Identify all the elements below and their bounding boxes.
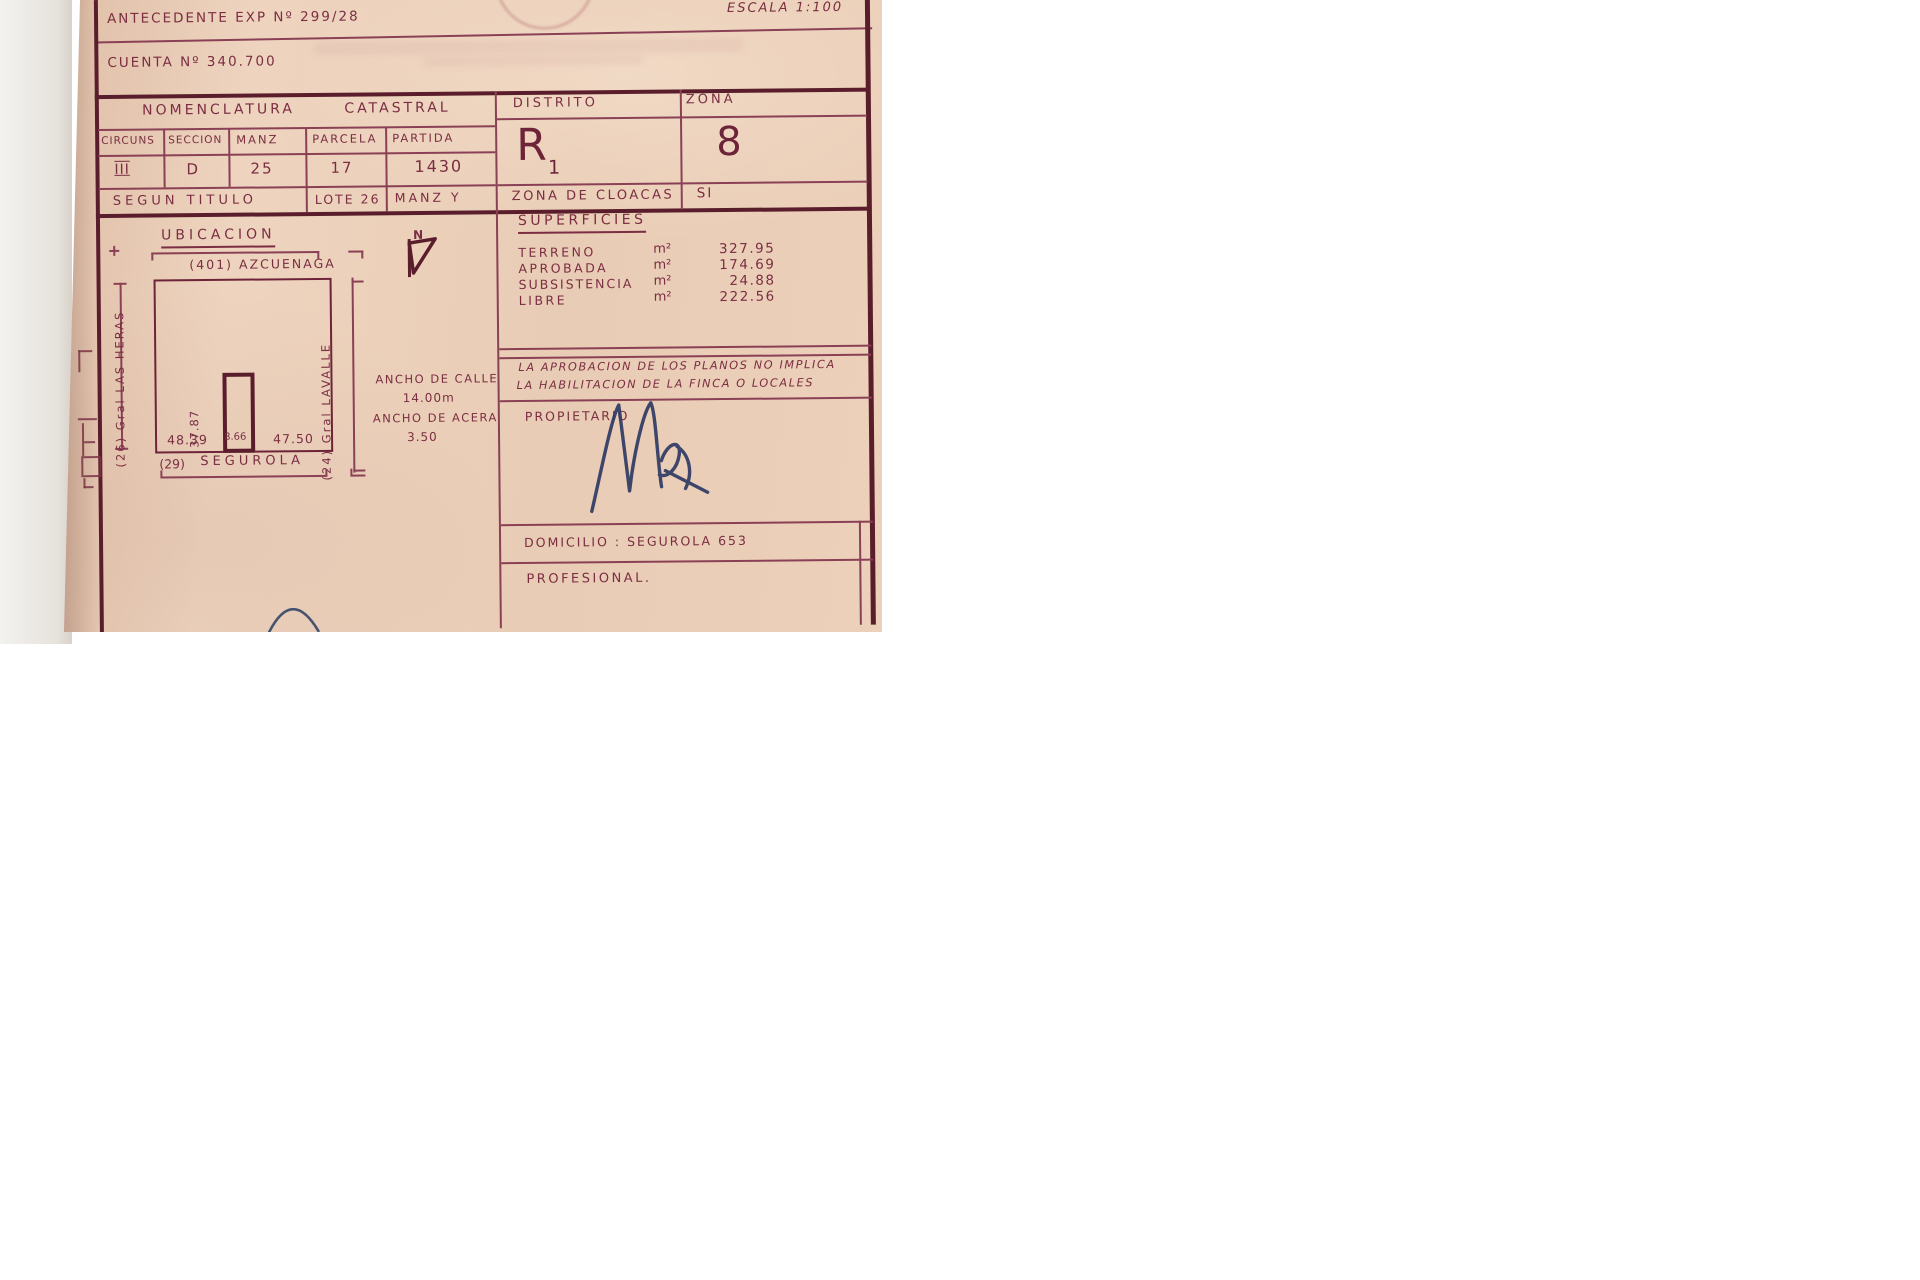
ancho-acera-label: ANCHO DE ACERA — [373, 411, 498, 425]
table-divider — [228, 129, 230, 187]
dim-bracket-top — [151, 251, 319, 254]
dim-tick — [325, 469, 327, 476]
superficies-row-value: 174.69 — [685, 258, 775, 274]
form-midtop-border — [96, 207, 871, 218]
form-content: ESCALA 1:100 ANTECEDENTE EXP Nº 299/28 C… — [64, 0, 882, 632]
cloacas-label: ZONA DE CLOACAS — [512, 189, 675, 205]
domicilio-rule-top — [501, 521, 873, 526]
col-header-parcela: PARCELA — [312, 132, 377, 145]
distrito-value: R1 — [516, 122, 561, 179]
distrito-rule — [497, 115, 867, 120]
manz-value: MANZ Y — [395, 191, 462, 205]
street-right-label: (24) Gral LAVALLE — [319, 315, 333, 480]
north-arrow-icon — [395, 237, 441, 281]
table-divider — [163, 129, 165, 187]
dim-tick — [114, 283, 127, 285]
domicilio-value: DOMICILIO : SEGUROLA 653 — [524, 534, 748, 550]
domicilio-rule-bottom — [501, 559, 873, 564]
superficies-title: SUPERFICIES — [518, 213, 647, 235]
ink-smudge — [423, 55, 643, 67]
street-bottom-number: (29) — [159, 457, 185, 471]
zona-value: 8 — [716, 120, 743, 164]
col-header-partida: PARTIDA — [392, 132, 454, 145]
street-bottom-label: SEGUROLA — [200, 454, 304, 469]
superficies-row-label: TERRENO — [518, 245, 596, 259]
value-manz: 25 — [250, 160, 273, 177]
superficies-row-label: LIBRE — [519, 294, 567, 308]
escala-label: ESCALA 1:100 — [727, 1, 843, 16]
street-right-line — [352, 278, 355, 473]
superficies-row-unit: m² — [654, 291, 672, 305]
value-parcela: 17 — [330, 160, 353, 177]
street-left-label: (26) Gral LAS HERAS — [113, 297, 127, 467]
dim-tick — [350, 469, 352, 476]
owner-signature — [577, 389, 788, 516]
dim-tick-small — [113, 246, 115, 256]
dim-tick — [361, 251, 363, 259]
dim-tick — [352, 281, 364, 283]
superficies-row-value: 24.88 — [686, 274, 776, 290]
value-circuns: III — [114, 163, 130, 179]
distrito-zona-divider — [680, 89, 683, 209]
col-header-circuns: CIRCUNS — [101, 136, 155, 148]
round-stamp — [494, 0, 595, 30]
dim-bracket-bottom-right — [350, 475, 365, 477]
ancho-calle-value: 14.00m — [403, 392, 455, 406]
frontage-left: 48.39 — [167, 433, 208, 447]
superficies-row-value: 222.56 — [686, 290, 776, 306]
ink-smudge — [313, 38, 743, 56]
ancho-calle-label: ANCHO DE CALLE — [375, 372, 498, 386]
dim-tick — [160, 470, 162, 477]
form-top-border — [95, 88, 870, 99]
superficies-row-unit: m² — [653, 243, 671, 257]
scanner-background — [0, 0, 72, 644]
antecedente-label: ANTECEDENTE EXP Nº 299/28 — [107, 10, 360, 27]
superficies-row-unit: m² — [654, 275, 672, 289]
column-divider — [495, 91, 502, 628]
street-top-label: (401) AZCUENAGA — [189, 257, 336, 272]
ancho-acera-value: 3.50 — [407, 431, 438, 444]
frontage-right: 47.50 — [273, 432, 314, 446]
ubicacion-title: UBICACION — [161, 227, 276, 248]
inner-right-border — [859, 521, 862, 625]
nomenclatura-title: NOMENCLATURA CATASTRAL — [98, 100, 495, 119]
signature-arc-fragment — [261, 596, 331, 632]
superficies-row-value: 327.95 — [685, 242, 775, 258]
nota-line1: LA APROBACION DE LOS PLANOS NO IMPLICA — [518, 359, 835, 374]
frontage-parcel: 8.66 — [224, 432, 246, 443]
dim-tick — [353, 470, 365, 472]
form-right-border — [865, 0, 876, 625]
cloacas-value: SI — [697, 186, 714, 201]
table-divider — [305, 128, 307, 212]
lote-value: LOTE 26 — [315, 192, 381, 206]
table-divider — [385, 127, 387, 211]
note-rule-top1 — [499, 345, 871, 350]
dim-bracket-bottom — [160, 475, 327, 478]
cloacas-rule — [498, 181, 868, 186]
superficies-row-label: APROBADA — [518, 261, 608, 276]
value-partida: 1430 — [414, 158, 463, 176]
superficies-row-unit: m² — [653, 259, 671, 273]
col-header-seccion: SECCION — [168, 135, 222, 147]
superficies-row-label: SUBSISTENCIA — [519, 277, 634, 292]
value-seccion: D — [186, 161, 198, 178]
zona-label: ZONA — [686, 93, 736, 108]
scanned-cadastral-form: ESCALA 1:100 ANTECEDENTE EXP Nº 299/28 C… — [64, 0, 882, 632]
col-header-manz: MANZ — [236, 133, 278, 146]
distrito-label: DISTRITO — [513, 96, 598, 111]
dim-tick — [151, 253, 153, 261]
segun-titulo-label: SEGUN TITULO — [113, 194, 257, 210]
profesional-label: PROFESIONAL. — [526, 572, 651, 587]
cuenta-label: CUENTA Nº 340.700 — [107, 54, 276, 70]
